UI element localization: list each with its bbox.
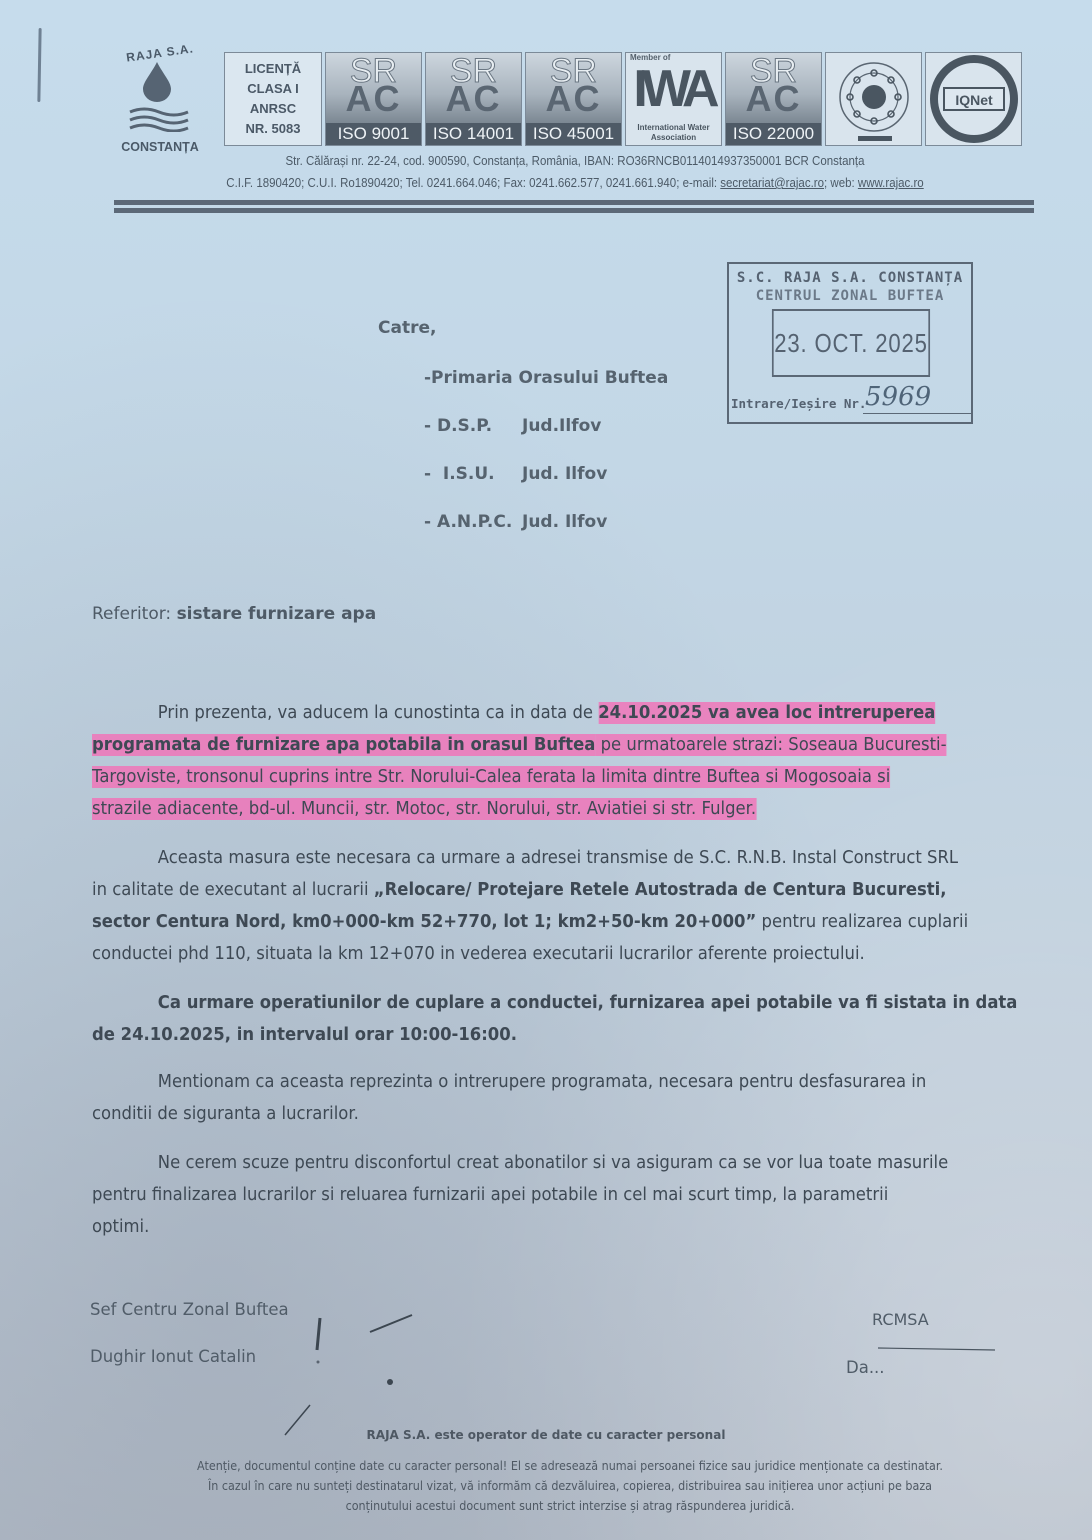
badge-iso-label: ISO 22000 <box>726 123 821 145</box>
certification-row: LICENȚĂ CLASA I ANRSC NR. 5083 SR AC ISO… <box>224 52 1022 146</box>
approver-title: RCMSA <box>872 1310 929 1329</box>
license-line: LICENȚĂ <box>245 59 301 79</box>
paragraph-notice: Prin prezenta, va aducem la cunostinta c… <box>92 697 1051 825</box>
text-line: pentru finalizarea lucrarilor si reluare… <box>92 1179 1051 1211</box>
logo-city: CONSTANȚA <box>108 140 212 154</box>
iwa-sub-line: Association <box>626 133 721 143</box>
certification-seal-badge <box>825 52 922 146</box>
subject-label: Referitor: <box>92 604 171 624</box>
handwritten-signature <box>280 1310 430 1440</box>
text-line: conditii de siguranta a lucrarilor. <box>92 1098 1051 1130</box>
license-line: NR. 5083 <box>246 119 301 139</box>
project-name: sector Centura Nord, km0+000-km 52+770, … <box>92 912 756 932</box>
seal-icon <box>834 59 914 139</box>
footer-line: În cazul în care nu sunteți destinatarul… <box>179 1476 960 1496</box>
company-logo: RAJA S.A. CONSTANȚA <box>108 44 212 156</box>
signatory-title: Sef Centru Zonal Buftea <box>90 1300 289 1319</box>
project-name: „Relocare/ Protejare Retele Autostrada d… <box>374 880 947 900</box>
iqnet-logo-icon: IQNet <box>929 54 1019 144</box>
subject-line: Referitor: sistare furnizare apa <box>92 604 376 624</box>
iso-45001-badge: SR AC ISO 45001 <box>525 52 622 146</box>
stamp-center: CENTRUL ZONAL BUFTEA <box>729 288 971 304</box>
header-divider <box>114 200 1034 205</box>
iwa-member-badge: Member of IWA International Water Associ… <box>625 52 722 146</box>
website-link[interactable]: www.rajac.ro <box>858 176 924 190</box>
badge-iso-label: ISO 9001 <box>326 123 421 145</box>
recipient-name: -Primaria Orasului Buftea <box>424 368 668 388</box>
paragraph-reason: Aceasta masura este necesara ca urmare a… <box>92 842 1051 970</box>
badge-iso-label: ISO 14001 <box>426 123 521 145</box>
license-line: ANRSC <box>250 99 296 119</box>
iso-14001-badge: SR AC ISO 14001 <box>425 52 522 146</box>
recipient-county: Jud. Ilfov <box>522 464 607 484</box>
stamp-number-underline <box>863 413 971 414</box>
stamp-registration-number: 5969 <box>865 382 931 412</box>
subject-text: sistare furnizare apa <box>177 604 377 624</box>
text-run: pentru realizarea cuplarii <box>756 912 968 932</box>
highlighted-text: Targoviste, tronsonul cuprins intre Str.… <box>92 766 890 788</box>
highlighted-text: pe urmatoarele strazi: Soseaua Bucuresti… <box>595 734 946 756</box>
highlighted-date: 24.10.2025 va avea loc intreruperea <box>598 702 935 724</box>
stamp-date: 23. OCT. 2025 <box>772 309 930 377</box>
staple-mark <box>37 28 41 102</box>
stamp-company: S.C. RAJA S.A. CONSTANȚA <box>729 270 971 286</box>
registration-stamp: S.C. RAJA S.A. CONSTANȚA CENTRUL ZONAL B… <box>727 262 973 424</box>
footer-line: Atenție, documentul conține date cu cara… <box>179 1456 960 1476</box>
water-drop-icon <box>141 62 173 102</box>
paragraph-apology: Ne cerem scuze pentru disconfortul creat… <box>92 1147 1051 1243</box>
text-line: optimi. <box>92 1211 1051 1243</box>
text-run: in calitate de executant al lucrarii <box>92 880 374 900</box>
badge-iso-label: ISO 45001 <box>526 123 621 145</box>
iwa-subtitle: International Water Association <box>626 123 721 143</box>
footer-heading: RAJA S.A. este operator de date cu carac… <box>0 1428 1092 1442</box>
iqnet-badge: IQNet <box>925 52 1022 146</box>
paragraph-mention: Mentionam ca aceasta reprezinta o intrer… <box>92 1066 1051 1130</box>
iqnet-label: IQNet <box>955 92 993 108</box>
badge-ac: AC <box>426 79 521 119</box>
header-divider <box>114 208 1034 213</box>
iwa-logo: IWA <box>626 59 721 119</box>
license-line: CLASA I <box>247 79 299 99</box>
email-link[interactable]: secretariat@rajac.ro <box>720 176 824 190</box>
text-line: Mentionam ca aceasta reprezinta o intrer… <box>92 1066 1051 1098</box>
recipient-name: - D.S.P. <box>424 416 492 436</box>
text-line: Aceasta masura este necesara ca urmare a… <box>92 842 1051 874</box>
web-label: ; web: <box>824 176 858 190</box>
text-line: Ca urmare operatiunilor de cuplare a con… <box>92 987 1051 1019</box>
company-contacts: C.I.F. 1890420; C.U.I. Ro1890420; Tel. 0… <box>147 176 1003 190</box>
iso-22000-badge: SR AC ISO 22000 <box>725 52 822 146</box>
highlighted-streets: strazile adiacente, bd-ul. Muncii, str. … <box>92 798 756 820</box>
seal-bar <box>858 136 892 141</box>
approver-signature-line <box>870 1340 1000 1380</box>
contact-details: C.I.F. 1890420; C.U.I. Ro1890420; Tel. 0… <box>226 176 720 190</box>
waves-icon <box>128 106 190 132</box>
signatory-name: Dughir Ionut Catalin <box>90 1347 256 1366</box>
approver-name: Da... <box>846 1358 885 1377</box>
recipient-name: - I.S.U. <box>424 464 495 484</box>
badge-ac: AC <box>326 79 421 119</box>
badge-ac: AC <box>526 79 621 119</box>
recipient-county: Jud. Ilfov <box>522 512 607 532</box>
iso-9001-badge: SR AC ISO 9001 <box>325 52 422 146</box>
text-line: conductei phd 110, situata la km 12+070 … <box>92 938 1051 970</box>
text-run: Prin prezenta, va aducem la cunostinta c… <box>158 703 598 723</box>
company-address: Str. Călărași nr. 22-24, cod. 900590, Co… <box>147 154 1003 168</box>
footer-notice: Atenție, documentul conține date cu cara… <box>179 1456 960 1516</box>
paragraph-schedule: Ca urmare operatiunilor de cuplare a con… <box>92 987 1051 1051</box>
license-badge: LICENȚĂ CLASA I ANRSC NR. 5083 <box>224 52 322 146</box>
iwa-sub-line: International Water <box>626 123 721 133</box>
recipient-county: Jud.Ilfov <box>522 416 601 436</box>
schedule-interval: de 24.10.2025, in intervalul orar 10:00-… <box>92 1019 1051 1051</box>
highlighted-text: programata de furnizare apa potabila in … <box>92 734 595 756</box>
badge-ac: AC <box>726 79 821 119</box>
recipient-name: - A.N.P.C. <box>424 512 512 532</box>
text-line: Ne cerem scuze pentru disconfortul creat… <box>92 1147 1051 1179</box>
footer-line: conținutului acestui document sunt stric… <box>179 1496 960 1516</box>
stamp-registration-label: Intrare/Ieșire Nr. <box>731 396 866 411</box>
salutation: Catre, <box>378 318 436 338</box>
